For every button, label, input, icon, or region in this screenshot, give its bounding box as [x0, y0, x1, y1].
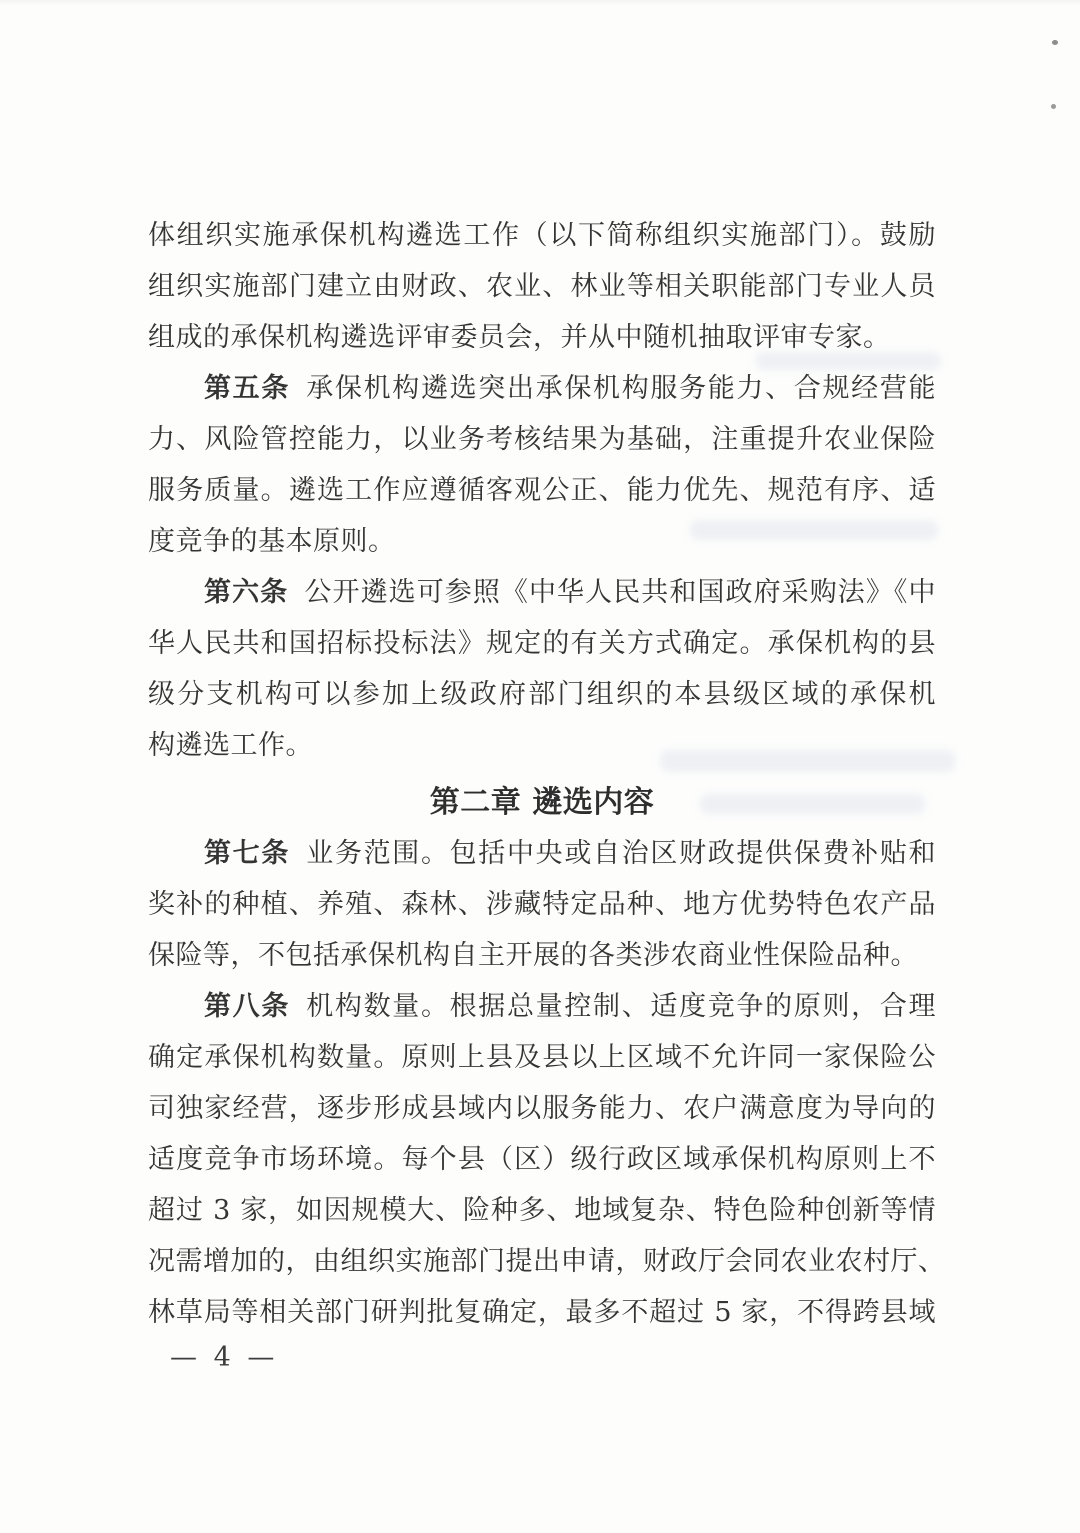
bleedthrough-smudge — [756, 352, 941, 370]
text-line: 确定承保机构数量。原则上县及县以上区域不允许同一家保险公 — [148, 1032, 936, 1083]
text-line: 力、风险管控能力，以业务考核结果为基础，注重提升农业保险 — [148, 414, 936, 465]
text-line: 奖补的种植、养殖、森林、涉藏特定品种、地方优势特色农产品 — [148, 879, 936, 930]
article-text: 业务范围。包括中央或自治区财政提供保费补贴和 — [306, 838, 936, 869]
article-number: 第七条 — [204, 838, 290, 869]
text-line: 适度竞争市场环境。每个县（区）级行政区域承保机构原则上不 — [148, 1134, 936, 1185]
article-number: 第六条 — [204, 577, 288, 608]
bleedthrough-smudge — [690, 520, 938, 540]
document-page: 体组织实施承保机构遴选工作（以下简称组织实施部门）。鼓励 组织实施部门建立由财政… — [0, 0, 1080, 1533]
text-line: 组织实施部门建立由财政、农业、林业等相关职能部门专业人员 — [148, 261, 936, 312]
text-line-article-7: 第七条业务范围。包括中央或自治区财政提供保费补贴和 — [148, 828, 936, 879]
text-line-article-6: 第六条公开遴选可参照《中华人民共和国政府采购法》《中 — [148, 567, 936, 618]
text-line-article-5: 第五条承保机构遴选突出承保机构服务能力、合规经营能 — [148, 363, 936, 414]
article-text: 承保机构遴选突出承保机构服务能力、合规经营能 — [306, 373, 936, 404]
text-line: 超过 3 家，如因规模大、险种多、地域复杂、特色险种创新等情 — [148, 1185, 936, 1236]
text-line-article-8: 第八条机构数量。根据总量控制、适度竞争的原则，合理 — [148, 981, 936, 1032]
bleedthrough-smudge — [700, 794, 925, 814]
document-body: 体组织实施承保机构遴选工作（以下简称组织实施部门）。鼓励 组织实施部门建立由财政… — [148, 210, 936, 1338]
text-line: 况需增加的，由组织实施部门提出申请，财政厅会同农业农村厅、 — [148, 1236, 936, 1287]
text-line: 服务质量。遴选工作应遵循客观公正、能力优先、规范有序、适 — [148, 465, 936, 516]
article-number: 第八条 — [204, 991, 290, 1022]
text-line: 林草局等相关部门研判批复确定，最多不超过 5 家，不得跨县域 — [148, 1287, 936, 1338]
bleedthrough-smudge — [660, 750, 955, 772]
scan-speck — [1051, 104, 1056, 109]
page-number: — 4 — — [170, 1332, 278, 1383]
text-line: 华人民共和国招标投标法》规定的有关方式确定。承保机构的县 — [148, 618, 936, 669]
text-line: 级分支机构可以参加上级政府部门组织的本县级区域的承保机 — [148, 669, 936, 720]
article-text: 机构数量。根据总量控制、适度竞争的原则，合理 — [306, 991, 936, 1022]
text-line: 体组织实施承保机构遴选工作（以下简称组织实施部门）。鼓励 — [148, 210, 936, 261]
scan-speck — [1052, 40, 1058, 45]
article-number: 第五条 — [204, 373, 290, 404]
text-line: 司独家经营，逐步形成县域内以服务能力、农户满意度为导向的 — [148, 1083, 936, 1134]
article-text: 公开遴选可参照《中华人民共和国政府采购法》《中 — [304, 577, 936, 608]
text-line: 保险等，不包括承保机构自主开展的各类涉农商业性保险品种。 — [148, 930, 936, 981]
